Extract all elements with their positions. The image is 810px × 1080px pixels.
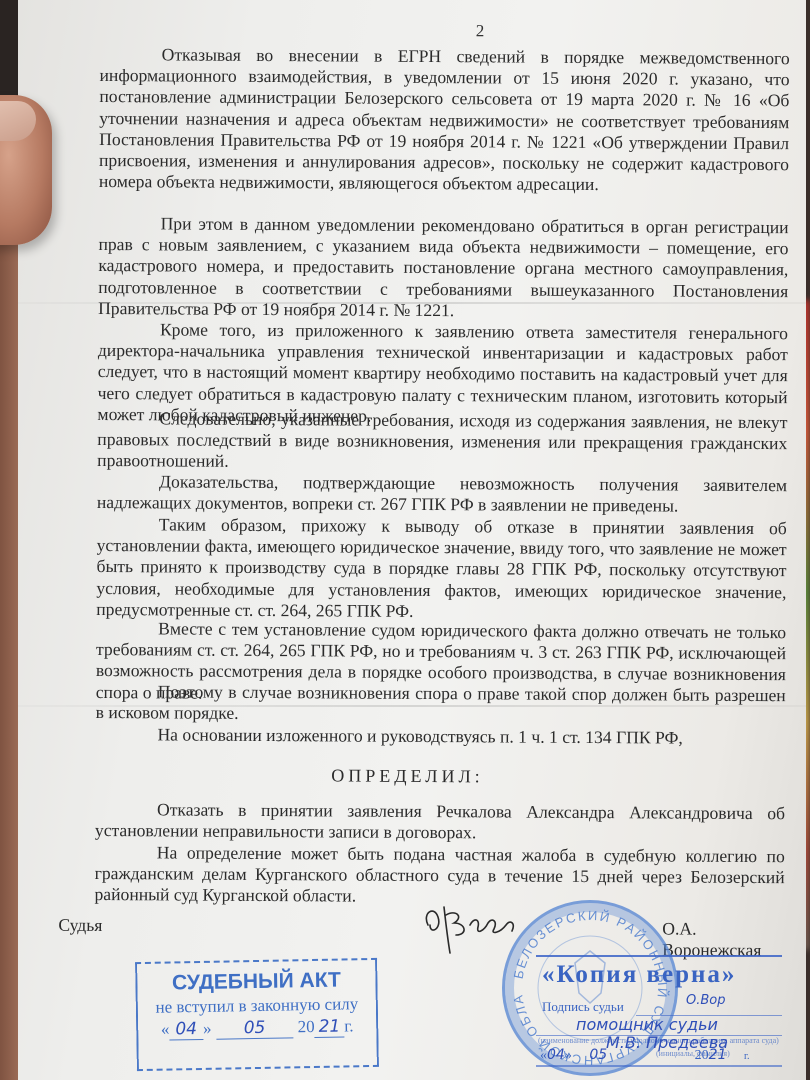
- thumbnail: [0, 101, 36, 141]
- thumb: [0, 95, 52, 245]
- paragraph: Следовательно, указанные требования, исх…: [97, 408, 787, 476]
- copy-stamp-date: «04» 05 2021 г.: [540, 1047, 749, 1064]
- assistant-position: помощник судьи: [576, 1015, 718, 1034]
- copy-signature: О.Вор: [686, 993, 726, 1008]
- paragraph: Отказывая во внесении в ЕГРН сведений в …: [99, 44, 790, 197]
- judicial-act-stamp: СУДЕБНЫЙ АКТ не вступил в законную силу …: [135, 958, 379, 1071]
- stamp-title: СУДЕБНЫЙ АКТ: [137, 968, 375, 996]
- copy-day: 04: [547, 1047, 565, 1063]
- stamp-year-unit: г.: [344, 1016, 354, 1035]
- quote-close: »: [203, 1019, 212, 1038]
- paragraph: Доказательства, подтверждающие невозможн…: [97, 471, 787, 518]
- document-page: 2 Отказывая во внесении в ЕГРН сведений …: [18, 0, 806, 1080]
- copy-year-unit: г.: [744, 1051, 749, 1062]
- stamp-year-prefix: 20: [297, 1017, 314, 1036]
- hand-edge: [0, 230, 18, 1080]
- judge-signature-label: Подпись судьи: [542, 999, 624, 1015]
- stamp-subtitle: не вступил в законную силу: [138, 994, 376, 1018]
- paragraph: Таким образом, прихожу к выводу об отказ…: [96, 514, 787, 624]
- copy-year-prefix: 20: [695, 1048, 709, 1063]
- paragraph: При этом в данном уведомлении рекомендов…: [98, 213, 789, 323]
- document-body: 2 Отказывая во внесении в ЕГРН сведений …: [100, 0, 790, 4]
- ruling-heading: ОПРЕДЕЛИЛ:: [331, 765, 484, 787]
- stamp-month: 05: [216, 1017, 294, 1039]
- copy-year: 21: [709, 1047, 727, 1063]
- paragraph: Поэтому в случае возникновения спора о п…: [96, 681, 786, 728]
- page-number: 2: [476, 20, 485, 41]
- copy-month: 05: [589, 1047, 607, 1063]
- stamp-year: 21: [314, 1016, 344, 1038]
- stamp-date: «04» 05 2021г.: [138, 1016, 376, 1040]
- ruling-paragraph: Отказать в принятии заявления Речкалова …: [95, 799, 785, 846]
- paragraph: На основании изложенного и руководствуяс…: [95, 724, 785, 749]
- copy-certified-stamp: «Копия верна» Подпись судьи О.Вор помощн…: [536, 955, 782, 1067]
- judge-label: Судья: [58, 915, 102, 936]
- copy-stamp-title: «Копия верна»: [542, 961, 736, 989]
- stamp-day: 04: [169, 1019, 203, 1041]
